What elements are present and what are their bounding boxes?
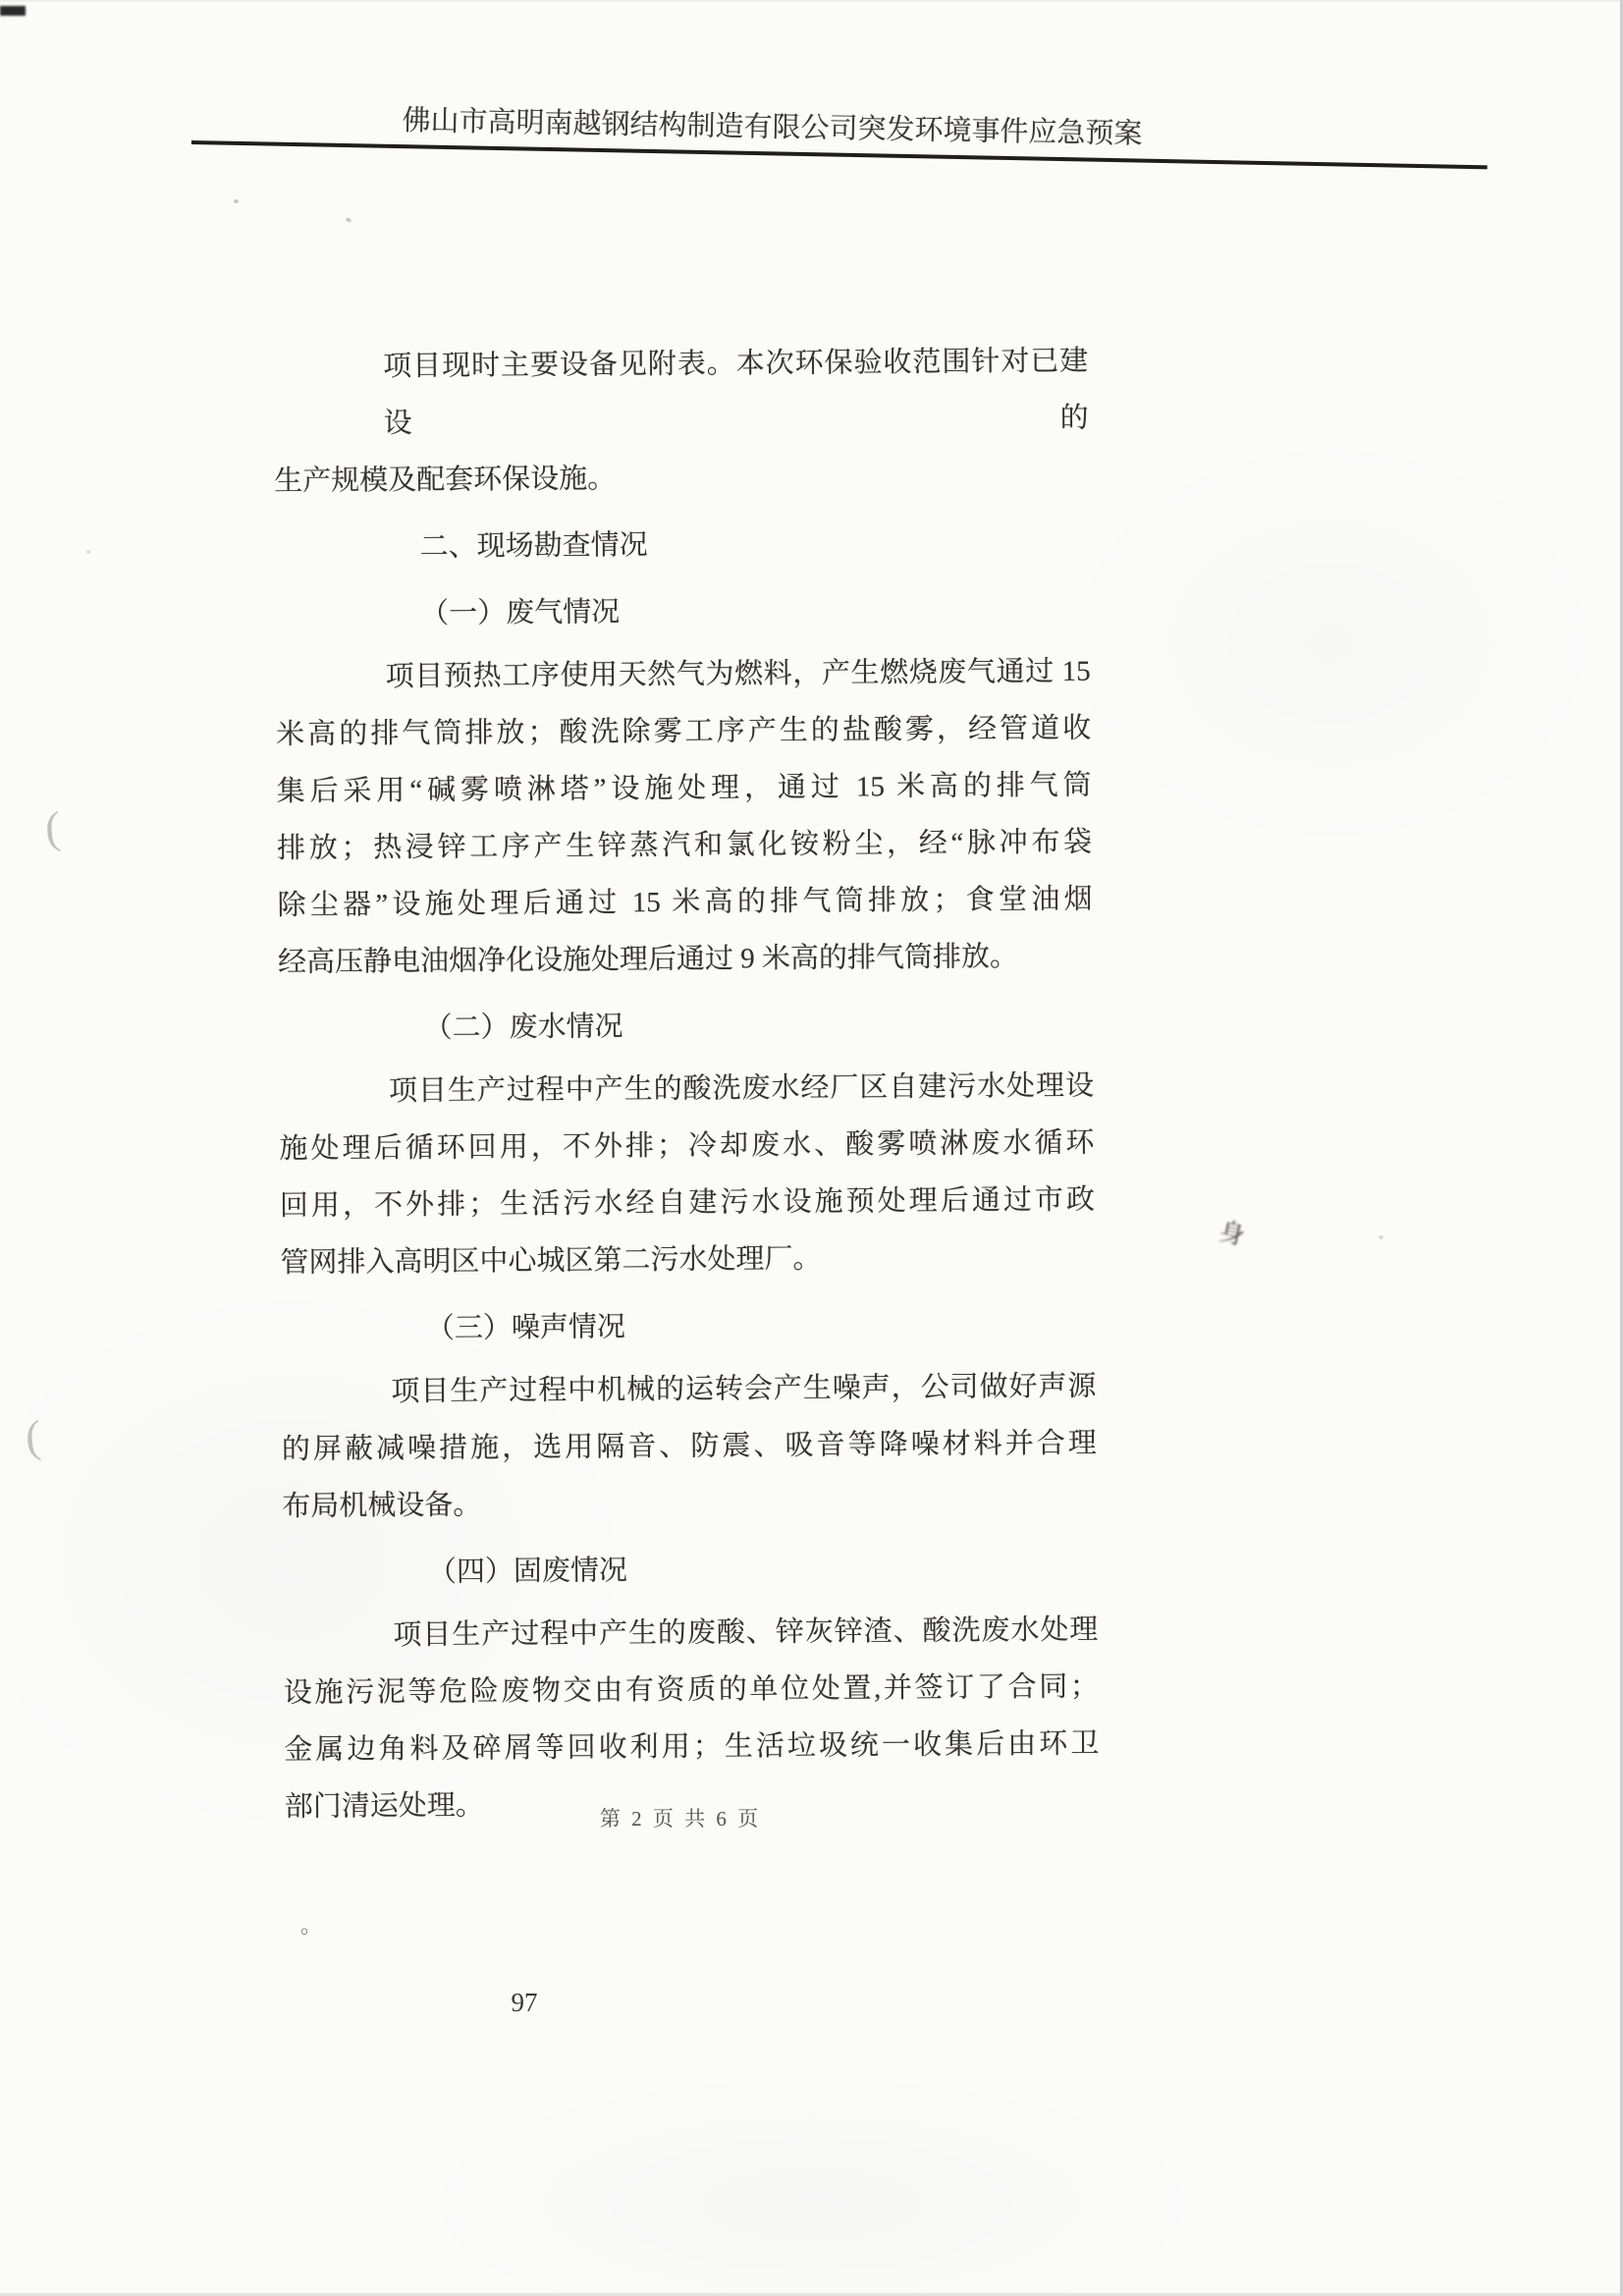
document-header-title: 佛山市高明南越钢结构制造有限公司突发环境事件应急预案 [402,98,1143,152]
paragraph-line: 施处理后循环回用，不外排；冷却废水、酸雾喷淋废水循环 [279,1115,1094,1178]
margin-bracket-mark: ( [43,801,62,854]
paper-speck [234,199,239,203]
paragraph-line: 项目生产过程中产生的废酸、锌灰锌渣、酸洗废水处理 [283,1602,1098,1666]
paper-speck [86,550,90,554]
paragraph-line: 排放；热浸锌工序产生锌蒸汽和氯化铵粉尘，经“脉冲布袋 [277,814,1092,878]
paragraph-line: 回用，不外排；生活污水经自建污水设施预处理后通过市政 [280,1172,1095,1235]
paragraph-line: 米高的排气筒排放；酸洗除雾工序产生的盐酸雾，经管道收 [276,700,1091,764]
paragraph: 项目现时主要设备见附表。本次环保验收范围针对已建设的生产规模及配套环保设施。 [273,333,1089,511]
section-heading: （三）噪声情况 [281,1295,1096,1359]
paragraph-line: 项目生产过程中产生的酸洗废水经厂区自建污水处理设 [279,1058,1094,1121]
ink-smudge: 身 [1216,1212,1248,1253]
paragraph-line: 布局机械设备。 [282,1472,1097,1536]
paragraph: 项目生产过程中产生的酸洗废水经厂区自建污水处理设施处理后循环回用，不外排；冷却废… [279,1058,1096,1292]
paragraph-line: 项目生产过程中机械的运转会产生噪声，公司做好声源 [281,1358,1096,1422]
section-heading: （二）废水情况 [278,995,1093,1059]
paragraph: 项目生产过程中产生的废酸、锌灰锌渣、酸洗废水处理设施污泥等危险废物交由有资质的单… [283,1602,1100,1836]
paragraph-line: 项目现时主要设备见附表。本次环保验收范围针对已建设的 [273,333,1089,454]
page-footer-label: 第 2 页 共 6 页 [273,1803,1088,1832]
page-number: 97 [485,1988,564,2018]
paragraph-line: 的屏蔽减噪措施，选用隔音、防震、吸音等降噪材料并合理 [282,1415,1097,1479]
section-heading: （一）废气情况 [275,580,1090,644]
scanned-document-page: 佛山市高明南越钢结构制造有限公司突发环境事件应急预案 项目现时主要设备见附表。本… [0,0,1623,2296]
paragraph-line: 管网排入高明区中心城区第二污水处理厂。 [280,1229,1095,1292]
paragraph-line: 项目预热工序使用天然气为燃料，产生燃烧废气通过 15 [275,643,1090,707]
paragraph-line: 经高压静电油烟净化设施处理后通过 9 米高的排气筒排放。 [278,928,1093,992]
paragraph-line: 除尘器”设施处理后通过 15 米高的排气筒排放；食堂油烟 [277,871,1092,935]
paragraph: 项目预热工序使用天然气为燃料，产生燃烧废气通过 15米高的排气筒排放；酸洗除雾工… [275,643,1093,992]
section-heading: 二、现场勘查情况 [274,514,1089,577]
paper-speck [1379,1235,1383,1239]
paper-speck [345,217,352,223]
paragraph-line: 金属边角料及碎屑等回收利用；生活垃圾统一收集后由环卫 [284,1716,1099,1779]
stray-period-mark: 。 [300,1909,322,1940]
paragraph: 项目生产过程中机械的运转会产生噪声，公司做好声源的屏蔽减噪措施，选用隔音、防震、… [281,1358,1097,1536]
paragraph-line: 设施污泥等危险废物交由有资质的单位处置,并签订了合同； [284,1659,1099,1722]
paragraph-line: 集后采用“碱雾喷淋塔”设施处理，通过 15 米高的排气筒 [276,757,1091,821]
scan-corner-mark [0,6,26,16]
paragraph-line: 生产规模及配套环保设施。 [274,447,1089,511]
document-body: 项目现时主要设备见附表。本次环保验收范围针对已建设的生产规模及配套环保设施。二、… [273,333,1100,1835]
section-heading: （四）固废情况 [283,1539,1098,1603]
margin-bracket-mark: ( [24,1410,42,1463]
